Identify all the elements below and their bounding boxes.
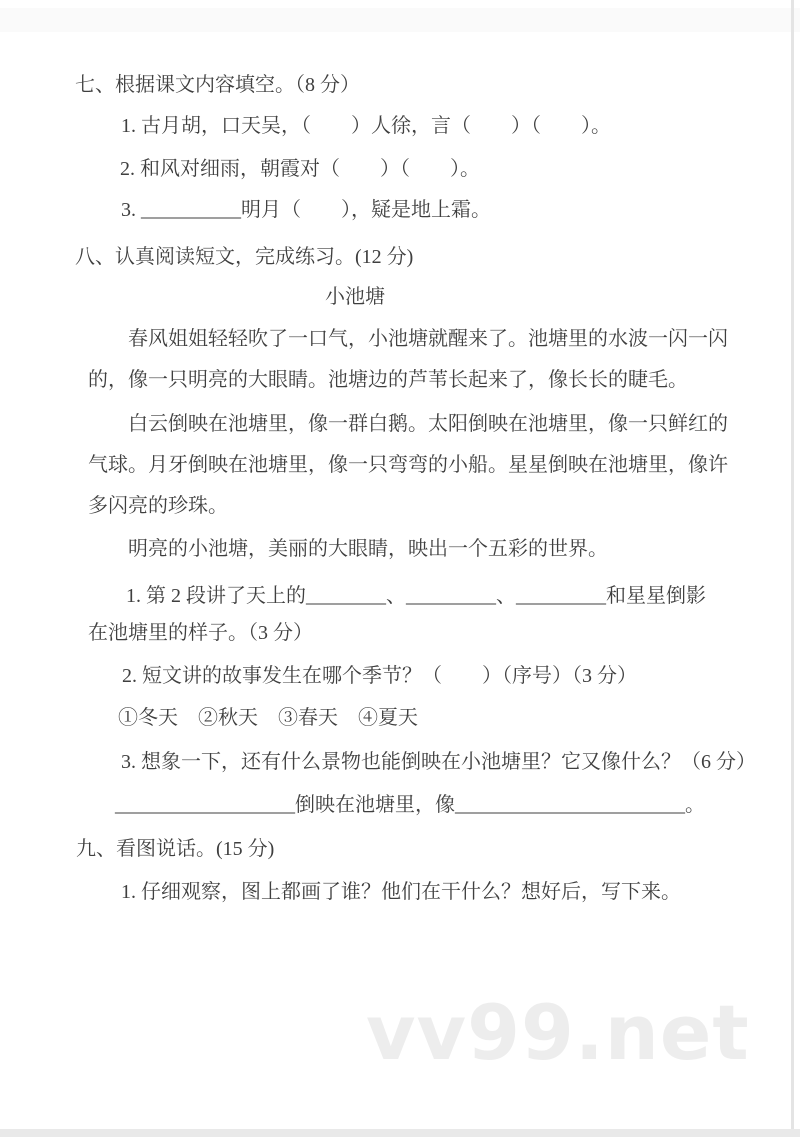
- passage-line: 明亮的小池塘，美丽的大眼睛，映出一个五彩的世界。: [128, 535, 608, 563]
- scan-artifact-band: [0, 8, 800, 32]
- section7-item3: 3. __________明月（ ），疑是地上霜。: [121, 196, 491, 224]
- section8-question1-line1: 1. 第 2 段讲了天上的________、_________、________…: [126, 582, 706, 610]
- passage-line: 春风姐姐轻轻吹了一口气，小池塘就醒来了。池塘里的水波一闪一闪: [128, 325, 728, 353]
- section9-header: 九、看图说话。(15 分): [76, 835, 274, 863]
- exam-paper-page: 七、根据课文内容填空。（8 分） 1. 古月胡，口天吴，（ ）人徐，言（ ）（ …: [0, 0, 800, 1137]
- section7-item1: 1. 古月胡，口天吴，（ ）人徐，言（ ）（ ）。: [121, 112, 611, 140]
- passage-line: 的，像一只明亮的大眼睛。池塘边的芦苇长起来了，像长长的睫毛。: [88, 366, 688, 394]
- section7-header: 七、根据课文内容填空。（8 分）: [75, 71, 360, 99]
- passage-line: 气球。月牙倒映在池塘里，像一只弯弯的小船。星星倒映在池塘里，像许: [88, 451, 728, 479]
- page-bottom-edge: [0, 1129, 800, 1137]
- watermark: vv99.net: [366, 988, 750, 1077]
- passage-title: 小池塘: [0, 283, 710, 311]
- passage-line: 多闪亮的珍珠。: [88, 492, 228, 520]
- section8-question2: 2. 短文讲的故事发生在哪个季节？（ ）（序号）（3 分）: [122, 662, 637, 690]
- section8-question2-options: ①冬天 ②秋天 ③春天 ④夏天: [118, 704, 418, 732]
- page-right-edge: [791, 0, 794, 1129]
- passage-line: 白云倒映在池塘里，像一群白鹅。太阳倒映在池塘里，像一只鲜红的: [128, 410, 728, 438]
- section8-header: 八、认真阅读短文，完成练习。(12 分): [75, 243, 413, 271]
- section8-question1-line2: 在池塘里的样子。（3 分）: [88, 619, 313, 647]
- section8-question3-fill-line: __________________倒映在池塘里，像______________…: [115, 791, 705, 819]
- section7-item2: 2. 和风对细雨，朝霞对（ ）（ ）。: [120, 155, 480, 183]
- section9-item1: 1. 仔细观察，图上都画了谁？他们在干什么？想好后，写下来。: [121, 878, 681, 906]
- section8-question3: 3. 想象一下，还有什么景物也能倒映在小池塘里？它又像什么？（6 分）: [121, 748, 756, 776]
